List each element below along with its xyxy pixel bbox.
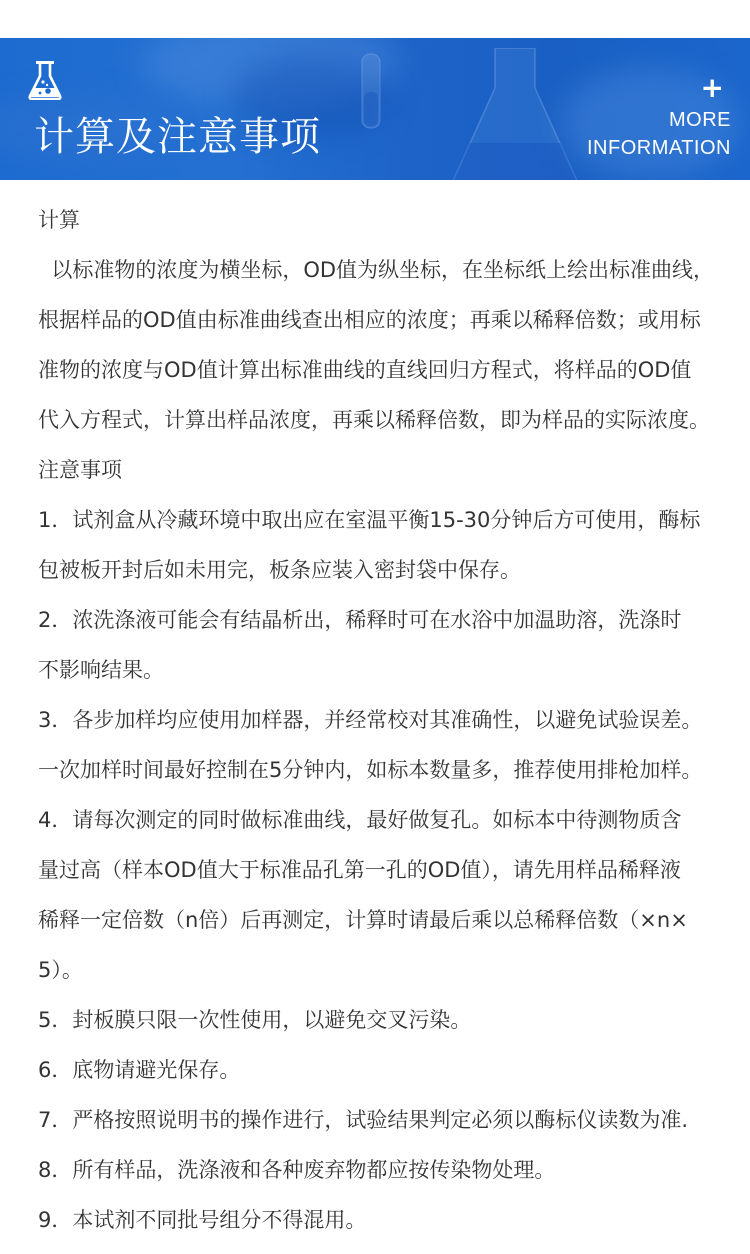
note-line: 9．本试剂不同批号组分不得混用。 <box>38 1195 738 1245</box>
section-banner: 计算及注意事项 + MORE INFORMATION <box>0 38 750 180</box>
more-information-link[interactable]: + MORE INFORMATION <box>587 76 731 162</box>
note-line: 一次加样时间最好控制在5分钟内，如标本数量多，推荐使用排枪加样。 <box>38 745 738 795</box>
calculation-line: 根据样品的OD值由标准曲线查出相应的浓度；再乘以稀释倍数；或用标 <box>38 295 738 345</box>
flask-background-icon <box>440 48 590 180</box>
note-line: 4．请每次测定的同时做标准曲线，最好做复孔。如标本中待测物质含 <box>38 795 738 845</box>
document-body: 计算 以标准物的浓度为横坐标，OD值为纵坐标，在坐标纸上绘出标准曲线， 根据样品… <box>38 195 738 1245</box>
plus-icon: + <box>587 76 724 100</box>
more-label: MORE <box>587 106 731 134</box>
information-label: INFORMATION <box>587 134 731 162</box>
note-line: 5）。 <box>38 945 738 995</box>
note-line: 6．底物请避光保存。 <box>38 1045 738 1095</box>
page-title: 计算及注意事项 <box>34 112 321 162</box>
note-line: 包被板开封后如未用完，板条应装入密封袋中保存。 <box>38 545 738 595</box>
note-line: 2．浓洗涤液可能会有结晶析出，稀释时可在水浴中加温助溶，洗涤时 <box>38 595 738 645</box>
calculation-line: 以标准物的浓度为横坐标，OD值为纵坐标，在坐标纸上绘出标准曲线， <box>38 245 738 295</box>
flask-icon <box>28 60 62 100</box>
test-tube-background-icon <box>356 52 386 132</box>
note-line: 量过高（样本OD值大于标准品孔第一孔的OD值），请先用样品稀释液 <box>38 845 738 895</box>
note-line: 8．所有样品，洗涤液和各种废弃物都应按传染物处理。 <box>38 1145 738 1195</box>
calculation-line: 准物的浓度与OD值计算出标准曲线的直线回归方程式，将样品的OD值 <box>38 345 738 395</box>
note-line: 不影响结果。 <box>38 645 738 695</box>
note-line: 5．封板膜只限一次性使用，以避免交叉污染。 <box>38 995 738 1045</box>
calculation-heading: 计算 <box>38 195 738 245</box>
note-line: 1．试剂盒从冷藏环境中取出应在室温平衡15-30分钟后方可使用，酶标 <box>38 495 738 545</box>
note-line: 7．严格按照说明书的操作进行，试验结果判定必须以酶标仪读数为准. <box>38 1095 738 1145</box>
calculation-line: 代入方程式，计算出样品浓度，再乘以稀释倍数，即为样品的实际浓度。 <box>38 395 738 445</box>
note-line: 3．各步加样均应使用加样器，并经常校对其准确性，以避免试验误差。 <box>38 695 738 745</box>
notes-heading: 注意事项 <box>38 445 738 495</box>
note-line: 稀释一定倍数（n倍）后再测定，计算时请最后乘以总稀释倍数（×n× <box>38 895 738 945</box>
